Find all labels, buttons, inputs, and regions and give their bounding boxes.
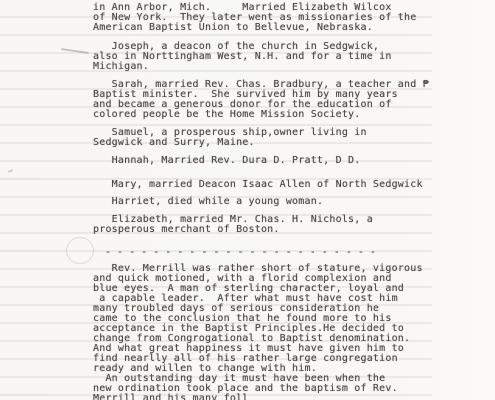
paragraph-ann-arbor: in Ann Arbor, Mich. Married Elizabeth Wi… — [93, 3, 416, 33]
text-line: Merrill and his many foll — [93, 394, 423, 400]
text-line: Sedgwick and Surry, Maine. — [93, 138, 367, 148]
pencil-mark — [61, 48, 89, 53]
paragraph-rev-merrill: Rev. Merrill was rather short of stature… — [93, 264, 423, 400]
text-line: Hannah, Married Rev. Dura D. Pratt, D D. — [93, 156, 360, 166]
paragraph-elizabeth: Elizabeth, married Mr. Chas. H. Nichols,… — [93, 215, 373, 235]
text-line: American Baptist Union to Bellevue, Nebr… — [93, 23, 416, 33]
paragraph-sarah: Sarah, married Rev. Chas. Bradbury, a te… — [93, 80, 429, 120]
text-line: colored people be the Home Mission Socie… — [93, 110, 429, 120]
text-line: prosperous merchant of Boston. — [93, 225, 373, 235]
text-line: Michigan. — [93, 62, 392, 72]
paragraph-hannah: Hannah, Married Rev. Dura D. Pratt, D D. — [93, 156, 360, 166]
edge-mark — [8, 169, 13, 173]
document-page: in Ann Arbor, Mich. Married Elizabeth Wi… — [0, 0, 495, 400]
text-line: Harriet, died while a young woman. — [93, 197, 323, 207]
paragraph-harriet: Harriet, died while a young woman. — [93, 197, 323, 207]
text-line: Mary, married Deacon Isaac Allen of Nort… — [93, 180, 423, 190]
circle-stain — [66, 237, 94, 264]
paragraph-samuel: Samuel, a prosperous ship,owner living i… — [93, 128, 367, 148]
paragraph-joseph: Joseph, a deacon of the church in Sedgwi… — [93, 42, 392, 72]
dashed-separator: - - - - - - - - - - - - - - - - - - - - … — [105, 248, 376, 258]
paragraph-mary: Mary, married Deacon Isaac Allen of Nort… — [93, 180, 423, 190]
